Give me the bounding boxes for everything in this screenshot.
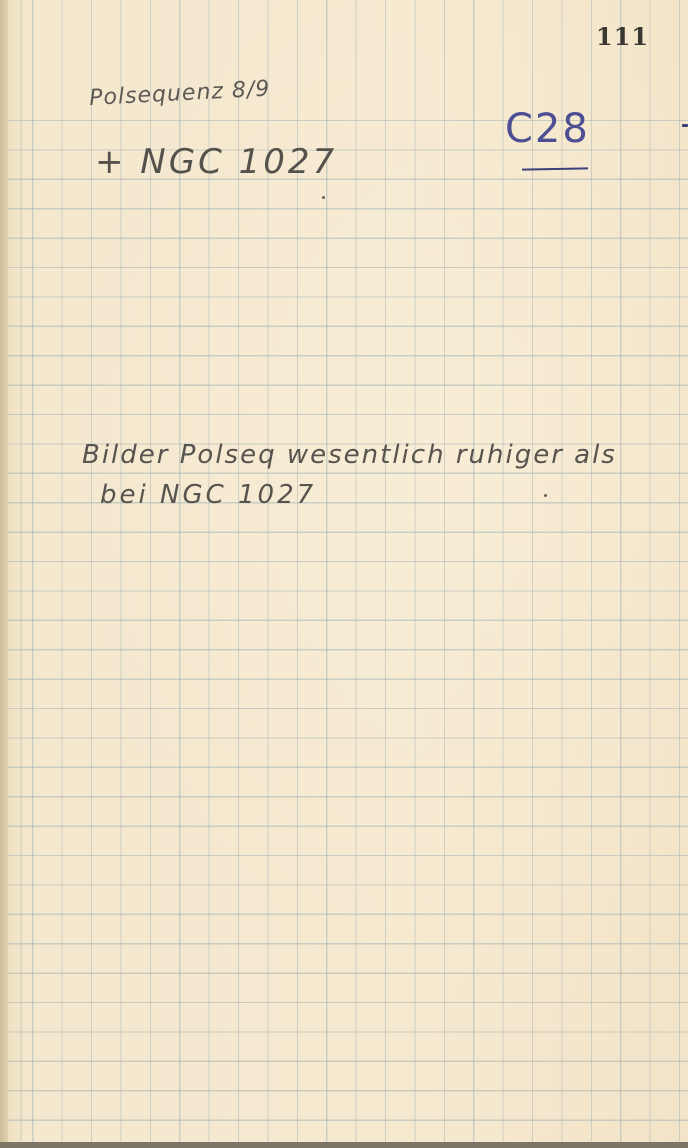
header-note-line-2: + NGC 1027 — [95, 142, 337, 182]
page-number: 111 — [596, 22, 649, 51]
graph-grid-horizontal-lines — [0, 92, 688, 1142]
ink-speck — [544, 494, 547, 497]
body-note-line-2: bei NGC 1027 — [100, 480, 316, 510]
ink-speck — [322, 196, 325, 199]
catalog-label: C28 — [505, 106, 590, 152]
body-note-line-1: Bilder Polseq wesentlich ruhiger als — [82, 440, 617, 470]
page-bottom-edge — [0, 1142, 688, 1148]
page-binding-edge — [0, 0, 8, 1142]
ink-mark — [682, 124, 688, 127]
